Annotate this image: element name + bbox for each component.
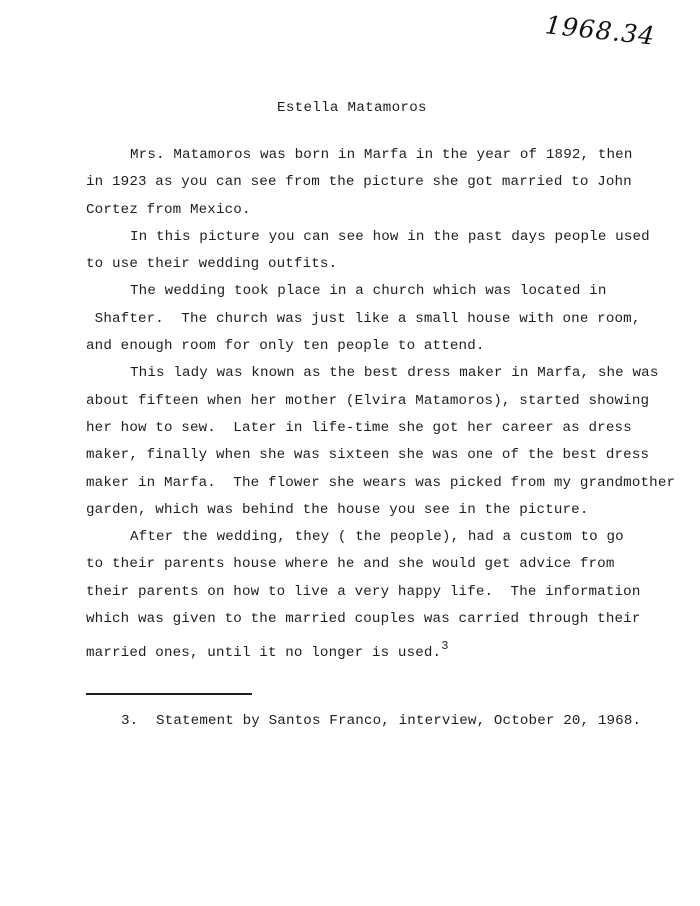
handwritten-accession-number: 1968.34 <box>544 10 657 50</box>
text-line: married ones, until it no longer is used… <box>86 645 441 661</box>
footnote-number: 3. <box>121 713 156 729</box>
text-line: their parents on how to live a very happ… <box>86 579 666 606</box>
text-line: about fifteen when her mother (Elvira Ma… <box>86 388 666 415</box>
text-line: maker in Marfa. The flower she wears was… <box>86 470 666 497</box>
document-body: Mrs. Matamoros was born in Marfa in the … <box>86 142 666 661</box>
text-line: garden, which was behind the house you s… <box>86 497 666 524</box>
paragraph: After the wedding, they ( the people), h… <box>86 524 666 660</box>
paragraph: In this picture you can see how in the p… <box>86 224 666 279</box>
footnote-text: Statement by Santos Franco, interview, O… <box>156 713 641 729</box>
text-line: In this picture you can see how in the p… <box>86 224 666 251</box>
footnote: 3.Statement by Santos Franco, interview,… <box>121 713 641 729</box>
footnote-reference: 3 <box>441 639 448 653</box>
text-line: This lady was known as the best dress ma… <box>86 360 666 387</box>
text-line: Cortez from Mexico. <box>86 197 666 224</box>
text-line: to their parents house where he and she … <box>86 551 666 578</box>
text-line: After the wedding, they ( the people), h… <box>86 524 666 551</box>
text-line: in 1923 as you can see from the picture … <box>86 169 666 196</box>
text-line: to use their wedding outfits. <box>86 251 666 278</box>
text-line-with-footnote: married ones, until it no longer is used… <box>86 633 666 660</box>
text-line: her how to sew. Later in life-time she g… <box>86 415 666 442</box>
text-line: maker, finally when she was sixteen she … <box>86 442 666 469</box>
text-line: which was given to the married couples w… <box>86 606 666 633</box>
paragraph: The wedding took place in a church which… <box>86 278 666 360</box>
footnote-divider <box>86 693 252 695</box>
text-line: The wedding took place in a church which… <box>86 278 666 305</box>
text-line: Shafter. The church was just like a smal… <box>86 306 666 333</box>
text-line: and enough room for only ten people to a… <box>86 333 666 360</box>
paragraph: Mrs. Matamoros was born in Marfa in the … <box>86 142 666 224</box>
paragraph: This lady was known as the best dress ma… <box>86 360 666 524</box>
document-title: Estella Matamoros <box>277 100 427 116</box>
text-line: Mrs. Matamoros was born in Marfa in the … <box>86 142 666 169</box>
